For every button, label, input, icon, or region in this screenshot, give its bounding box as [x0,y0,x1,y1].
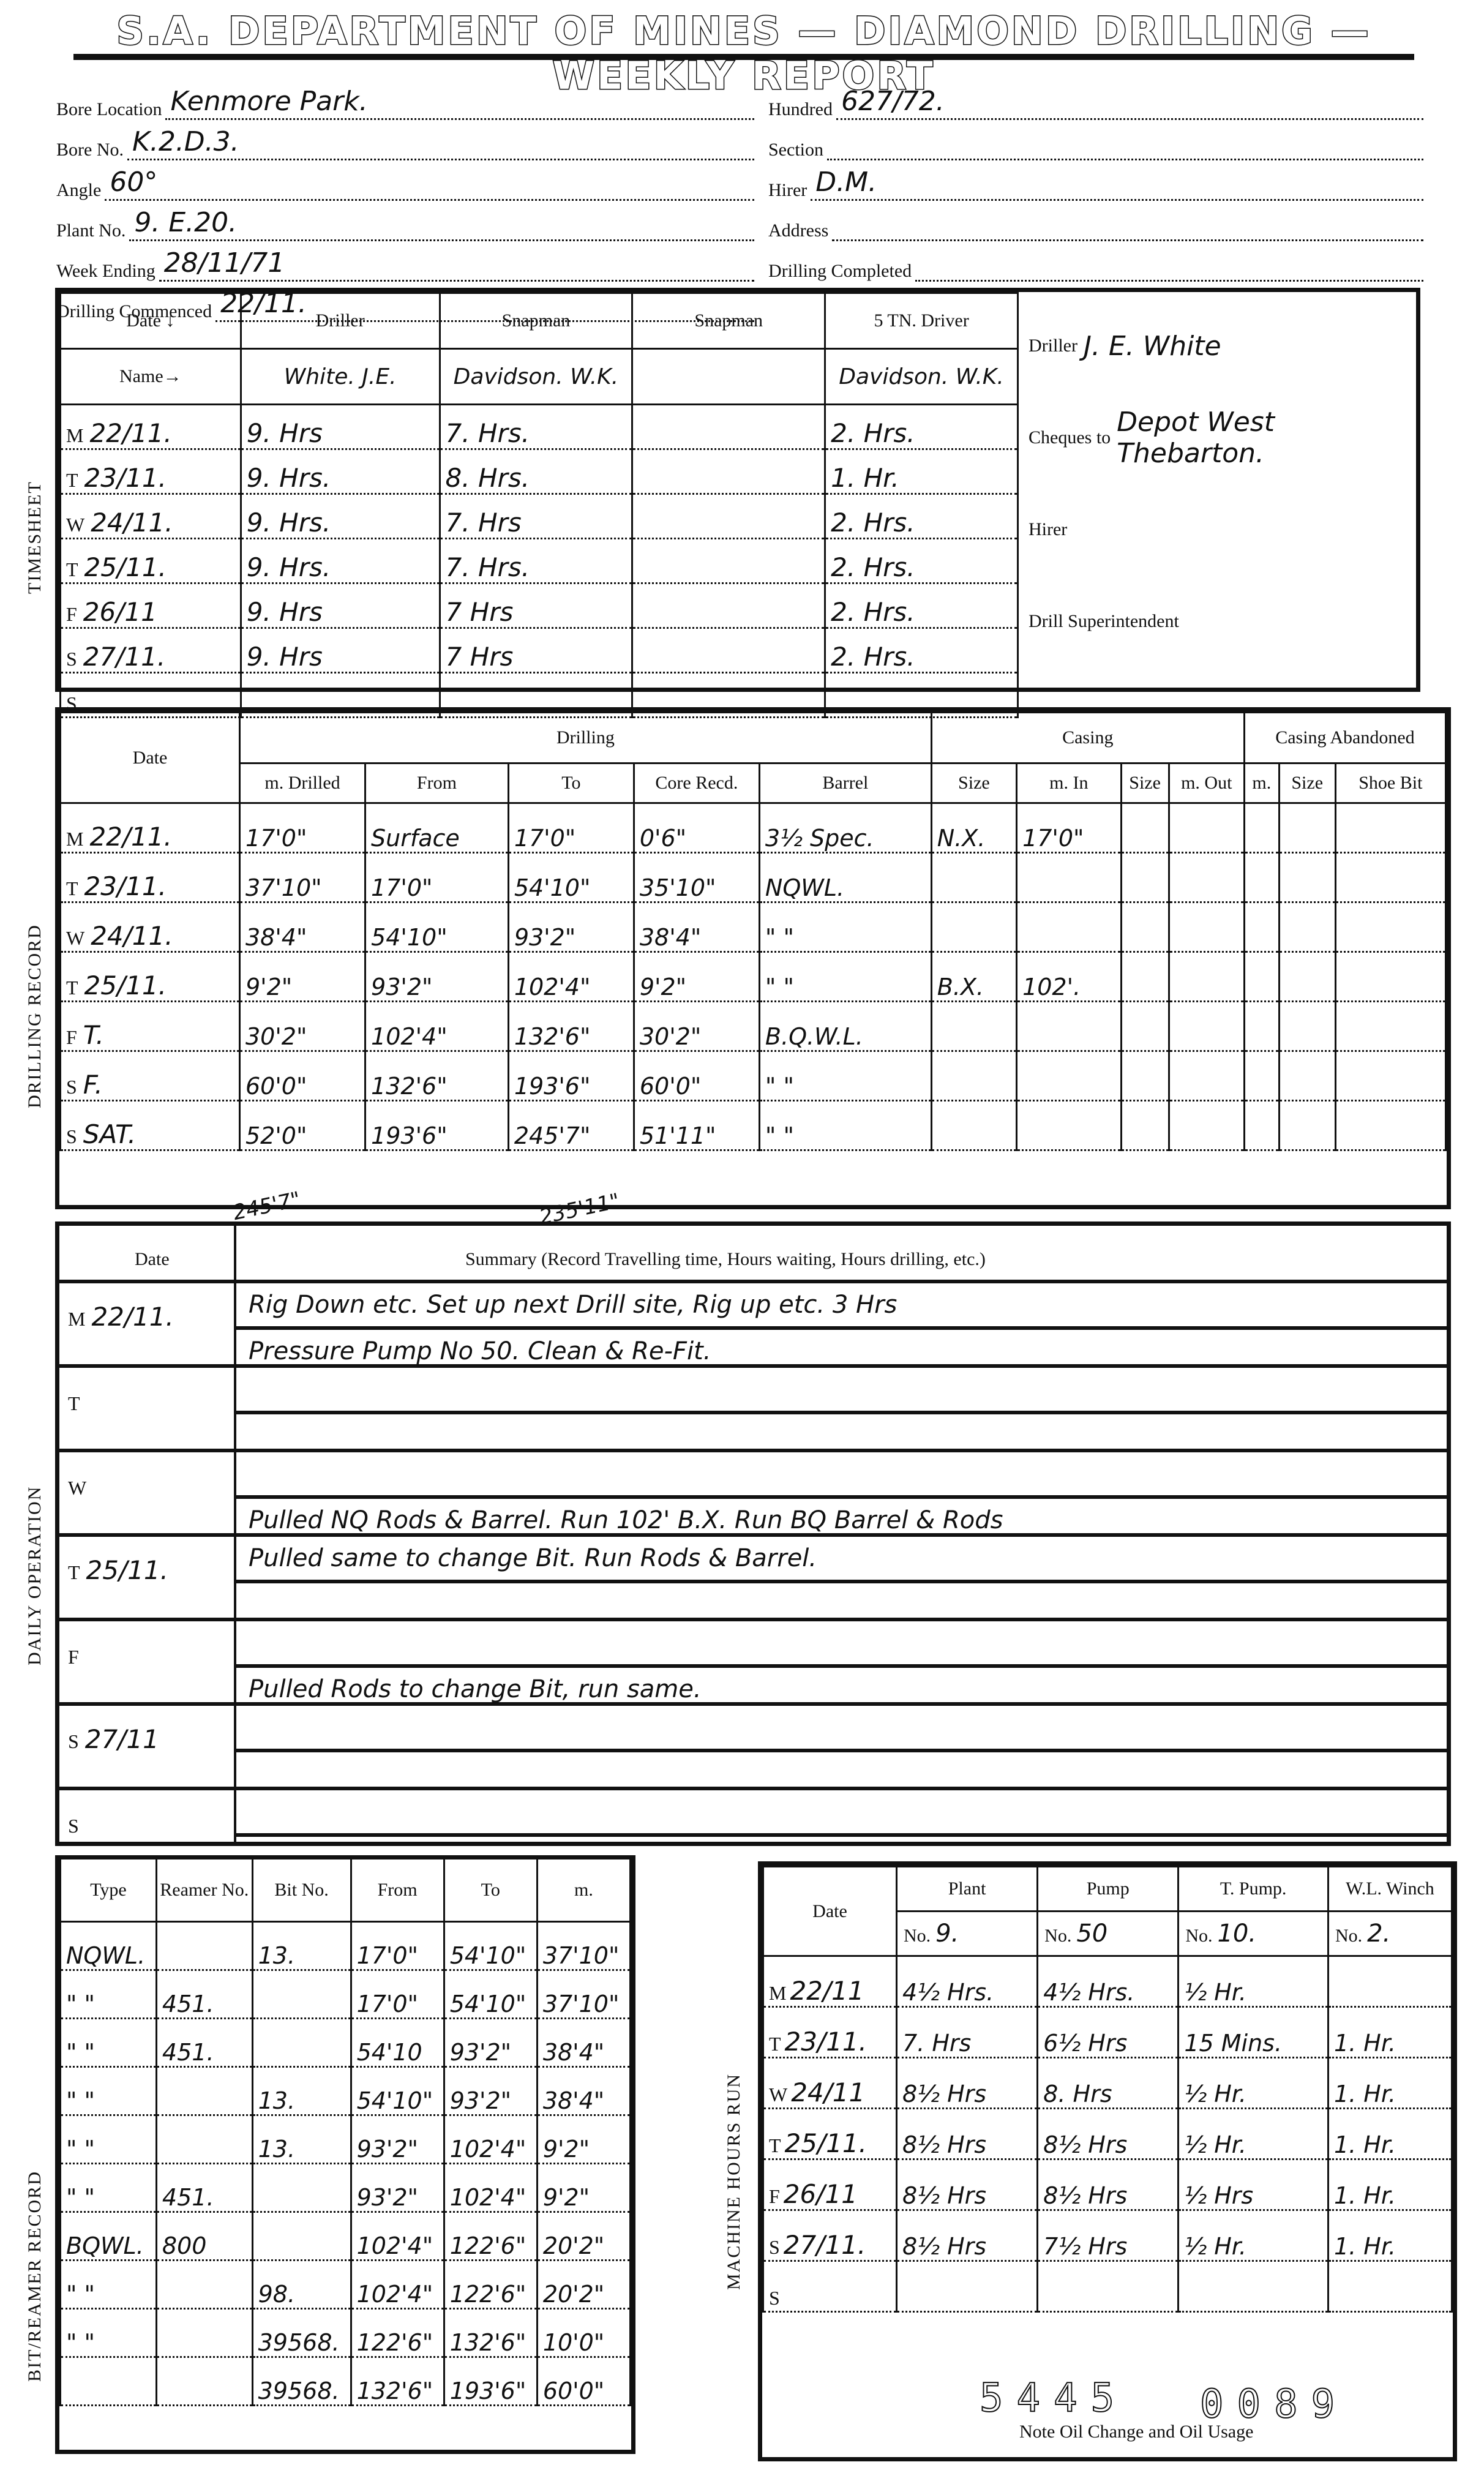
drilling-value-cell[interactable] [1279,1101,1335,1150]
drilling-value-cell[interactable]: 93'2" [508,903,634,952]
machine-hours-cell[interactable] [1038,2261,1179,2312]
drilling-date-cell[interactable]: T23/11. [61,853,240,903]
bit-reamer-cell[interactable]: 9'2" [537,2115,630,2164]
drilling-value-cell[interactable] [1169,1051,1244,1101]
machine-hours-cell[interactable]: 4½ Hrs. [897,1956,1038,2007]
timesheet-date-cell[interactable]: M22/11. [61,405,241,449]
bit-reamer-cell[interactable]: 13. [252,2067,351,2115]
drilling-value-cell[interactable] [1279,1002,1335,1051]
summary-line[interactable]: Rig Down etc. Set up next Drill site, Ri… [236,1283,1447,1330]
machine-date-cell[interactable]: T25/11. [763,2109,897,2160]
day-letter: M [66,424,83,446]
daily-date-cell[interactable]: S27/11 [59,1706,236,1787]
timesheet-name-cell[interactable]: Davidson. W.K. [440,349,632,405]
machine-hours-cell[interactable]: 8½ Hrs [1038,2109,1179,2160]
drilling-value-cell[interactable] [1169,1002,1244,1051]
timesheet-hours-cell[interactable]: 7 Hrs [440,628,632,673]
machine-number-value: 2. [1367,1919,1390,1948]
drilling-record-table: DateDrillingCasingCasing Abandonedm. Dri… [59,711,1447,1151]
drilling-value-cell[interactable] [931,903,1016,952]
drilling-value-cell[interactable] [1017,1051,1122,1101]
bit-reamer-cell[interactable]: 17'0" [351,1922,444,1970]
timesheet-hours-cell[interactable]: 7 Hrs [440,584,632,628]
timesheet-name-cell[interactable]: Davidson. W.K. [825,349,1018,405]
machine-date-cell[interactable]: F26/11 [763,2160,897,2210]
timesheet-hours-cell[interactable]: 2. Hrs. [825,584,1018,628]
drilling-column-header: Size [931,764,1016,803]
drilling-value-cell[interactable]: 51'11" [634,1101,759,1150]
drilling-date-cell[interactable]: T25/11. [61,952,240,1002]
timesheet-hours-cell[interactable]: 9. Hrs [241,405,440,449]
summary-line[interactable] [236,1452,1447,1499]
bit-reamer-cell[interactable]: 17'0" [351,1970,444,2019]
machine-hours-cell[interactable]: 8. Hrs [1038,2058,1179,2109]
timesheet-hours-cell[interactable]: 9. Hrs [241,584,440,628]
drilling-value-cell[interactable]: B.Q.W.L. [759,1002,931,1051]
bit-reamer-cell[interactable] [252,2019,351,2067]
drilling-value-cell[interactable] [931,1051,1016,1101]
drilling-value-cell[interactable]: 38'4" [240,903,365,952]
machine-hours-row: T23/11.7. Hrs6½ Hrs15 Mins.1. Hr. [763,2007,1452,2058]
bit-reamer-cell[interactable]: 102'4" [351,2212,444,2261]
timesheet-hours-cell[interactable]: 9. Hrs. [241,539,440,584]
drilling-value-cell[interactable]: 0'6" [634,803,759,853]
machine-hours-cell[interactable]: ½ Hr. [1179,2058,1328,2109]
bit-reamer-cell[interactable]: 102'4" [351,2261,444,2309]
machine-hours-cell[interactable]: 1. Hr. [1328,2210,1452,2261]
day-letter: S [66,1125,77,1147]
bit-reamer-cell[interactable]: " " [61,2309,157,2357]
bit-reamer-cell[interactable] [156,2309,252,2357]
bit-reamer-cell[interactable]: " " [61,2164,157,2212]
drilling-value-cell[interactable] [931,1002,1016,1051]
summary-line[interactable] [236,1621,1447,1668]
drilling-value-cell[interactable]: 17'0" [1017,803,1122,853]
drilling-value-cell[interactable] [1244,903,1279,952]
drilling-value-cell[interactable]: 54'10" [365,903,509,952]
header-field-label: Address [768,220,828,241]
date-value: 22/11. [91,1302,173,1332]
drilling-value-cell[interactable]: 245'7" [508,1101,634,1150]
drilling-value-cell[interactable] [1121,803,1169,853]
timesheet-hours-cell[interactable]: 2. Hrs. [825,494,1018,539]
summary-line[interactable] [236,1706,1447,1752]
drilling-value-cell[interactable] [1169,903,1244,952]
drilling-group-row: DateDrillingCasingCasing Abandoned [61,713,1446,764]
machine-hours-cell[interactable]: 1. Hr. [1328,2160,1452,2210]
drilling-value-cell[interactable] [1335,1002,1445,1051]
bit-reamer-column-header: Bit No. [252,1859,351,1922]
bit-reamer-cell[interactable]: 54'10 [351,2019,444,2067]
drilling-value-cell[interactable] [1017,1101,1122,1150]
drilling-value-cell[interactable]: 52'0" [240,1101,365,1150]
bit-reamer-cell[interactable]: 39568. [252,2309,351,2357]
name-row-label: Name→ [61,349,241,405]
timesheet-date-cell[interactable]: W24/11. [61,494,241,539]
bit-reamer-cell[interactable]: 93'2" [444,2067,537,2115]
drilling-value-cell[interactable]: " " [759,952,931,1002]
drilling-value-cell[interactable] [1017,903,1122,952]
bit-reamer-cell[interactable]: BQWL. [61,2212,157,2261]
daily-summary-lines: Pulled same to change Bit. Run Rods & Ba… [236,1537,1447,1618]
drilling-value-cell[interactable]: 30'2" [634,1002,759,1051]
drilling-value-cell[interactable] [1279,903,1335,952]
summary-line[interactable] [236,1752,1447,1787]
bit-reamer-cell[interactable]: 38'4" [537,2067,630,2115]
summary-text [236,1798,249,1826]
drilling-value-cell[interactable]: 17'0" [365,853,509,903]
drilling-value-cell[interactable]: " " [759,1101,931,1150]
day-letter: S [66,648,77,670]
timesheet-hours-cell[interactable] [632,405,825,449]
bit-reamer-cell[interactable] [156,2357,252,2406]
bit-reamer-cell[interactable]: 98. [252,2261,351,2309]
bit-reamer-cell[interactable]: 37'10" [537,1922,630,1970]
day-letter: T [769,2033,781,2055]
drilling-value-cell[interactable] [1121,1101,1169,1150]
bit-reamer-cell[interactable] [61,2357,157,2406]
drilling-value-cell[interactable] [1121,1002,1169,1051]
drilling-date-cell[interactable]: FT. [61,1002,240,1051]
machine-hours-cell[interactable]: 7½ Hrs [1038,2210,1179,2261]
machine-hours-cell[interactable] [1328,1956,1452,2007]
daily-summary-lines: Pulled Rods to change Bit, run same. [236,1621,1447,1702]
machine-hours-cell[interactable]: 8½ Hrs [1038,2160,1179,2210]
summary-line[interactable] [236,1368,1447,1414]
drilling-date-cell[interactable]: SSAT. [61,1101,240,1150]
drilling-value-cell[interactable] [1169,853,1244,903]
machine-hours-cell[interactable]: 8½ Hrs [897,2160,1038,2210]
header-field-input[interactable]: Kenmore Park. [165,118,754,120]
machine-hours-cell[interactable]: 7. Hrs [897,2007,1038,2058]
drilling-column-header: m. [1244,764,1279,803]
machine-hours-cell[interactable]: 8½ Hrs [897,2210,1038,2261]
bit-reamer-cell[interactable] [156,2067,252,2115]
daily-entry: M22/11.Rig Down etc. Set up next Drill s… [59,1280,1447,1364]
machine-hours-cell[interactable]: 15 Mins. [1179,2007,1328,2058]
bit-reamer-cell[interactable]: 20'2" [537,2261,630,2309]
drilling-value-cell[interactable]: 38'4" [634,903,759,952]
drilling-value-cell[interactable] [1335,1101,1445,1150]
drilling-value-cell[interactable] [1121,853,1169,903]
drilling-value-cell[interactable]: 17'0" [508,803,634,853]
drilling-value-cell[interactable] [1244,952,1279,1002]
day-letter: S [769,2287,780,2309]
drilling-value-cell[interactable]: 9'2" [240,952,365,1002]
header-field-input[interactable] [827,159,1423,160]
bit-reamer-cell[interactable]: 93'2" [351,2164,444,2212]
timesheet-date-cell[interactable]: T25/11. [61,539,241,584]
signoff-field: Hirer [1029,484,1414,576]
bit-reamer-cell[interactable]: 122'6" [351,2309,444,2357]
timesheet-hours-cell[interactable]: 7. Hrs [440,494,632,539]
drilling-value-cell[interactable] [1017,853,1122,903]
bit-reamer-column-header: To [444,1859,537,1922]
signoff-label: Driller [1029,336,1077,356]
timesheet-hours-cell[interactable]: 9. Hrs. [241,449,440,494]
machine-hours-cell[interactable]: 1. Hr. [1328,2058,1452,2109]
machine-date-cell[interactable]: S [763,2261,897,2312]
timesheet-date-cell[interactable]: S27/11. [61,628,241,673]
drilling-value-cell[interactable] [931,1101,1016,1150]
daily-date-cell[interactable]: W [59,1452,236,1533]
header-field-input[interactable]: 28/11/71 [159,280,754,282]
daily-date-cell[interactable]: T [59,1368,236,1449]
machine-hours-row: W24/118½ Hrs8. Hrs½ Hr.1. Hr. [763,2058,1452,2109]
drilling-value-cell[interactable]: N.X. [931,803,1016,853]
drilling-date-cell[interactable]: W24/11. [61,903,240,952]
bit-reamer-cell[interactable]: 451. [156,1970,252,2019]
timesheet-hours-cell[interactable]: 9. Hrs [241,628,440,673]
bit-reamer-cell[interactable]: 132'6" [351,2357,444,2406]
machine-hours-cell[interactable] [897,2261,1038,2312]
machine-number-cell[interactable]: No.50 [1038,1912,1179,1956]
timesheet-hours-cell[interactable]: 8. Hrs. [440,449,632,494]
summary-line[interactable]: Pulled NQ Rods & Barrel. Run 102' B.X. R… [236,1499,1447,1533]
date-value: 22/11. [89,822,171,852]
bit-reamer-cell[interactable]: 800 [156,2212,252,2261]
drilling-value-cell[interactable]: " " [759,1051,931,1101]
bit-reamer-cell[interactable]: 39568. [252,2357,351,2406]
drilling-value-cell[interactable]: 3½ Spec. [759,803,931,853]
machine-hours-cell[interactable] [1328,2261,1452,2312]
bit-reamer-cell[interactable] [156,2261,252,2309]
drilling-value-cell[interactable] [1121,1051,1169,1101]
drilling-value-cell[interactable]: 54'10" [508,853,634,903]
summary-line[interactable] [236,1790,1447,1837]
date-value: 26/11 [83,597,157,627]
bit-reamer-row: 39568.132'6"193'6"60'0" [61,2357,631,2406]
drilling-value-cell[interactable] [1244,1101,1279,1150]
day-letter: T [68,1561,80,1583]
machine-hours-cell[interactable]: ½ Hr. [1179,2210,1328,2261]
signoff-label: Cheques to [1029,427,1111,448]
signoff-value[interactable]: Depot West Thebarton. [1117,407,1414,469]
timesheet-name-cell[interactable]: White. J.E. [241,349,440,405]
drilling-value-cell[interactable]: 17'0" [240,803,365,853]
bit-reamer-cell[interactable]: 9'2" [537,2164,630,2212]
signoff-field: DrillerJ. E. White [1029,300,1414,392]
drilling-value-cell[interactable] [1169,952,1244,1002]
timesheet-name-cell[interactable] [632,349,825,405]
bit-reamer-cell[interactable] [156,1922,252,1970]
bit-reamer-cell[interactable]: 38'4" [537,2019,630,2067]
summary-line[interactable] [236,1414,1447,1449]
bit-reamer-cell[interactable]: 193'6" [444,2357,537,2406]
timesheet-date-cell[interactable]: F26/11 [61,584,241,628]
machine-hours-cell[interactable]: ½ Hrs [1179,2160,1328,2210]
drilling-value-cell[interactable]: 132'6" [365,1051,509,1101]
drilling-value-cell[interactable]: 60'0" [240,1051,365,1101]
machine-hours-cell[interactable]: 1. Hr. [1328,2007,1452,2058]
machine-column-header: T. Pump. [1179,1867,1328,1912]
machine-hours-cell[interactable]: 6½ Hrs [1038,2007,1179,2058]
summary-line[interactable] [236,1583,1447,1618]
drilling-value-cell[interactable]: 193'6" [508,1051,634,1101]
timesheet-signoff: DrillerJ. E. WhiteCheques toDepot West T… [1029,300,1414,680]
bit-reamer-cell[interactable]: NQWL. [61,1922,157,1970]
machine-date-cell[interactable]: M22/11 [763,1956,897,2007]
summary-text [236,1591,249,1619]
drilling-value-cell[interactable]: B.X. [931,952,1016,1002]
machine-number-cell[interactable]: No.10. [1179,1912,1328,1956]
timesheet-hours-cell[interactable]: 1. Hr. [825,449,1018,494]
drilling-value-cell[interactable] [1121,903,1169,952]
drilling-value-cell[interactable]: 37'10" [240,853,365,903]
bit-reamer-cell[interactable]: 54'10" [351,2067,444,2115]
header-right: Hundred627/72.SectionHirerD.M.AddressDri… [768,80,1423,282]
bit-reamer-cell[interactable]: 132'6" [444,2309,537,2357]
bit-reamer-cell[interactable]: 13. [252,1922,351,1970]
drilling-value-cell[interactable]: 30'2" [240,1002,365,1051]
date-value: T. [83,1020,104,1050]
timesheet-hours-cell[interactable]: 2. Hrs. [825,405,1018,449]
machine-number-cell[interactable]: No.2. [1328,1912,1452,1956]
summary-line[interactable]: Pressure Pump No 50. Clean & Re-Fit. [236,1330,1447,1364]
bit-reamer-cell[interactable]: 93'2" [351,2115,444,2164]
drilling-value-cell[interactable]: 193'6" [365,1101,509,1150]
header-field-input[interactable]: 60° [105,199,754,201]
header-field-input[interactable]: 627/72. [836,118,1423,120]
bit-reamer-cell[interactable]: " " [61,2019,157,2067]
bit-reamer-cell[interactable]: " " [61,2261,157,2309]
drilling-value-cell[interactable] [1121,952,1169,1002]
header-field-input[interactable]: D.M. [811,199,1423,201]
header-field-input[interactable] [832,239,1423,241]
date-value: 22/11. [89,418,171,448]
machine-hours-cell[interactable]: 4½ Hrs. [1038,1956,1179,2007]
drilling-value-cell[interactable] [1335,853,1445,903]
bit-reamer-cell[interactable] [156,2115,252,2164]
drilling-value-cell[interactable]: NQWL. [759,853,931,903]
header-field-input[interactable] [915,280,1423,282]
drilling-date-cell[interactable]: M22/11. [61,803,240,853]
bit-reamer-cell[interactable]: 37'10" [537,1970,630,2019]
drilling-row: FT.30'2"102'4"132'6"30'2"B.Q.W.L. [61,1002,1446,1051]
header-field-input[interactable]: 9. E.20. [129,239,754,241]
drilling-value-cell[interactable] [1244,1051,1279,1101]
machine-date-cell[interactable]: W24/11 [763,2058,897,2109]
bit-reamer-cell[interactable]: 451. [156,2019,252,2067]
drilling-value-cell[interactable] [1335,1051,1445,1101]
drilling-value-cell[interactable] [1335,803,1445,853]
signoff-value[interactable]: J. E. White [1084,331,1221,362]
day-letter: S [66,1076,77,1098]
machine-number-cell[interactable]: No.9. [897,1912,1038,1956]
drilling-value-cell[interactable]: 93'2" [365,952,509,1002]
machine-hours-row: S [763,2261,1452,2312]
machine-hours-cell[interactable]: 1. Hr. [1328,2109,1452,2160]
drilling-value-cell[interactable] [1244,1002,1279,1051]
drilling-value-cell[interactable]: 102'4" [508,952,634,1002]
machine-column-header: Pump [1038,1867,1179,1912]
bit-reamer-cell[interactable] [252,2164,351,2212]
date-value: 23/11. [84,871,167,901]
bit-reamer-cell[interactable]: 54'10" [444,1922,537,1970]
timesheet-hours-cell[interactable]: 7. Hrs. [440,405,632,449]
machine-hours-cell[interactable]: ½ Hr. [1179,1956,1328,2007]
daily-date-cell[interactable]: M22/11. [59,1283,236,1364]
bit-reamer-cell[interactable]: 10'0" [537,2309,630,2357]
timesheet-hours-cell[interactable] [632,584,825,628]
summary-line[interactable]: Pulled Rods to change Bit, run same. [236,1668,1447,1702]
drilling-value-cell[interactable] [1279,853,1335,903]
bit-reamer-cell[interactable]: " " [61,2115,157,2164]
drilling-value-cell[interactable]: 132'6" [508,1002,634,1051]
drilling-value-cell[interactable]: Surface [365,803,509,853]
bit-reamer-row: " "98.102'4"122'6"20'2" [61,2261,631,2309]
drilling-value-cell[interactable] [1279,803,1335,853]
timesheet-hours-cell[interactable]: 9. Hrs. [241,494,440,539]
bit-reamer-cell[interactable]: 451. [156,2164,252,2212]
drilling-value-cell[interactable]: 102'. [1017,952,1122,1002]
timesheet-hours-cell[interactable]: 7. Hrs. [440,539,632,584]
drilling-value-cell[interactable] [1244,803,1279,853]
daily-date-cell[interactable]: F [59,1621,236,1702]
drilling-value-cell[interactable] [1017,1002,1122,1051]
drilling-value-cell[interactable] [1244,853,1279,903]
bit-reamer-row: " "13.93'2"102'4"9'2" [61,2115,631,2164]
machine-hours-cell[interactable]: ½ Hr. [1179,2109,1328,2160]
bit-reamer-cell[interactable]: 93'2" [444,2019,537,2067]
drilling-value-cell[interactable] [1335,903,1445,952]
daily-date-cell[interactable]: T25/11. [59,1537,236,1618]
bit-reamer-row: NQWL.13.17'0"54'10"37'10" [61,1922,631,1970]
drilling-value-cell[interactable] [1279,1051,1335,1101]
bit-reamer-cell[interactable] [252,1970,351,2019]
bit-reamer-cell[interactable]: " " [61,1970,157,2019]
timesheet-hours-cell[interactable]: 2. Hrs. [825,539,1018,584]
bit-reamer-cell[interactable]: " " [61,2067,157,2115]
machine-hours-cell[interactable] [1179,2261,1328,2312]
day-letter: T [66,558,78,580]
bit-reamer-cell[interactable]: 102'4" [444,2164,537,2212]
machine-date-cell[interactable]: T23/11. [763,2007,897,2058]
bit-reamer-cell[interactable]: 122'6" [444,2261,537,2309]
bit-reamer-cell[interactable]: 20'2" [537,2212,630,2261]
header-field-input[interactable]: K.2.D.3. [127,159,754,160]
drilling-value-cell[interactable]: 9'2" [634,952,759,1002]
timesheet-hours-cell[interactable] [632,494,825,539]
summary-line[interactable]: Pulled same to change Bit. Run Rods & Ba… [236,1537,1447,1583]
bit-reamer-cell[interactable] [252,2212,351,2261]
bit-reamer-cell[interactable]: 60'0" [537,2357,630,2406]
drilling-value-cell[interactable] [1169,803,1244,853]
timesheet-hours-cell[interactable] [632,628,825,673]
drilling-value-cell[interactable] [1169,1101,1244,1150]
timesheet-hours-cell[interactable] [632,449,825,494]
date-value: 23/11. [84,463,167,493]
timesheet-hours-cell[interactable]: 2. Hrs. [825,628,1018,673]
machine-hours-cell[interactable]: 8½ Hrs [897,2109,1038,2160]
drilling-value-cell[interactable]: 102'4" [365,1002,509,1051]
drilling-value-cell[interactable]: " " [759,903,931,952]
timesheet-date-cell[interactable]: T23/11. [61,449,241,494]
machine-hours-cell[interactable]: 8½ Hrs [897,2058,1038,2109]
bit-reamer-cell[interactable]: 122'6" [444,2212,537,2261]
bit-reamer-cell[interactable]: 13. [252,2115,351,2164]
drilling-value-cell[interactable] [1279,952,1335,1002]
drilling-date-cell[interactable]: SF. [61,1051,240,1101]
timesheet-hours-cell[interactable] [632,539,825,584]
drilling-value-cell[interactable]: 60'0" [634,1051,759,1101]
drilling-value-cell[interactable] [1335,952,1445,1002]
drilling-value-cell[interactable] [931,853,1016,903]
machine-date-cell[interactable]: S27/11. [763,2210,897,2261]
bit-reamer-cell[interactable]: 102'4" [444,2115,537,2164]
bit-reamer-cell[interactable]: 54'10" [444,1970,537,2019]
drilling-value-cell[interactable]: 35'10" [634,853,759,903]
